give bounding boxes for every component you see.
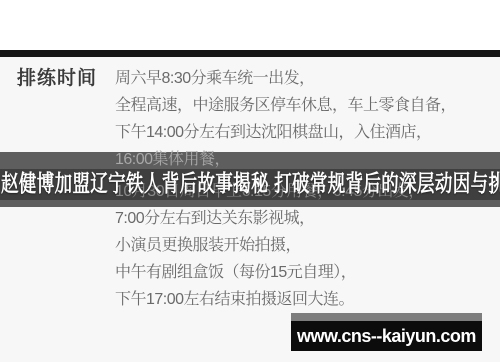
schedule-line-1: 周六早8:30分乘车统一出发， (115, 65, 315, 92)
watermark-url: www.cns--kaiyun.com (297, 326, 476, 347)
schedule-line-9: 下午17:00左右结束拍摄返回大连。 (115, 286, 354, 313)
schedule-line-6: 7:00分左右到达关东影视城， (115, 205, 315, 232)
article-image: 排练时间 周六早8:30分乘车统一出发， 全程高速，中途服务区停车休息，车上零食… (0, 0, 500, 362)
top-divider-bar (0, 50, 500, 57)
watermark: www.cns--kaiyun.com (291, 313, 482, 351)
schedule-line-2: 全程高速，中途服务区停车休息，车上零食自备， (115, 92, 456, 119)
watermark-top-strip (291, 313, 482, 321)
schedule-line-7: 小演员更换服装开始拍摄， (115, 232, 301, 259)
watermark-box: www.cns--kaiyun.com (291, 321, 482, 351)
schedule-line-8: 中午有剧组盒饭（每份15元自理）， (115, 259, 356, 286)
schedule-line-3: 下午14:00分左右到达沈阳棋盘山，入住酒店， (115, 119, 432, 146)
headline-overlay-text: 赵健博加盟辽宁铁人背后故事揭秘 打破常规背后的深层动因与挑战 (1, 168, 500, 199)
schedule-row-label: 排练时间 (17, 65, 97, 92)
